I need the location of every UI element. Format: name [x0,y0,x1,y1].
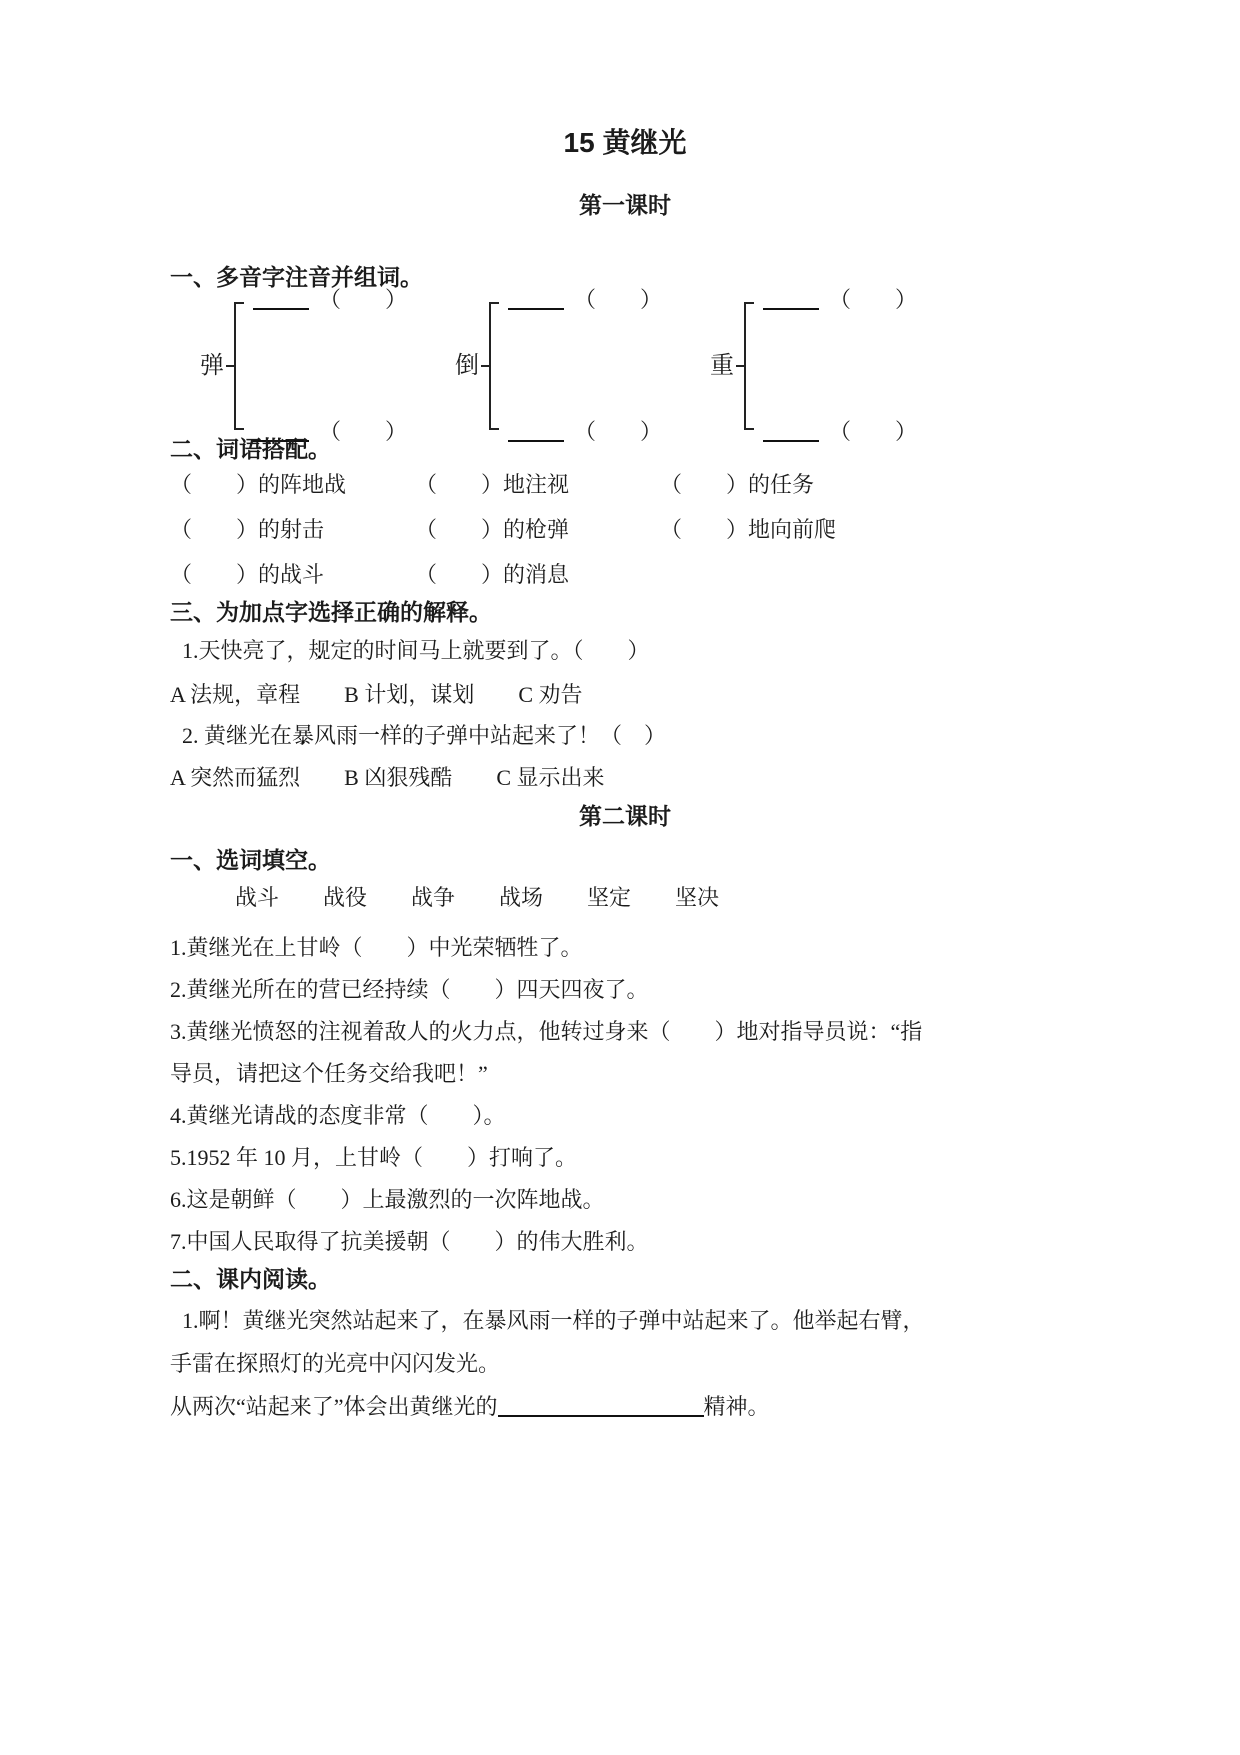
bracket-tick [736,365,744,367]
question-1: 1.天快亮了，规定的时间马上就要到了。（ ） [170,638,1080,664]
reading-passage: 1.啊！黄继光突然站起来了，在暴风雨一样的子弹中站起来了。他举起右臂， 手雷在探… [170,1299,1080,1428]
fill-item-wrap: 导员，请把这个任务交给我吧！” [170,1053,1080,1095]
question-2: 2. 黄继光在暴风雨一样的子弹中站起来了！（ ） [170,723,1080,749]
worksheet-page: 15 黄继光 第一课时 一、多音字注音并组词。 弹 （ ） （ ） 倒 （ ） … [0,0,1240,1755]
word-paren-blank: （ ） [319,419,407,444]
passage-line: 手雷在探照灯的光亮中闪闪发光。 [170,1342,1080,1385]
pinyin-branch: （ ） [508,419,662,445]
polyphone-char: 弹 [200,352,224,380]
pinyin-branch: （ ） [253,287,407,313]
word-paren-blank: （ ） [574,287,662,312]
dotted-char: 规 [309,638,331,663]
match-cell: （ ）地注视 [415,472,660,498]
answer-blank-line [498,1415,704,1417]
dotted-char: 暴 [292,723,314,748]
word-paren-blank: （ ） [829,419,917,444]
word-bank: 战斗 战役 战争 战场 坚定 坚决 [170,885,1080,911]
fill-item: 1.黄继光在上甘岭（ ）中光荣牺牲了。 [170,927,1080,969]
match-cell: （ ）的消息 [415,562,660,588]
question-1-options: A 法规，章程 B 计划，谋划 C 劝告 [170,682,1080,708]
word-paren-blank: （ ） [574,419,662,444]
fill-item: 2.黄继光所在的营已经持续（ ）四天四夜了。 [170,969,1080,1011]
word-match-grid: （ ）的阵地战 （ ）地注视 （ ）的任务 （ ）的射击 （ ）的枪弹 （ ）地… [170,472,1080,588]
bracket-tick [481,365,489,367]
match-cell: （ ）地向前爬 [660,517,1080,543]
match-cell: （ ）的射击 [170,517,415,543]
pinyin-blank [253,308,309,310]
session2-heading: 第二课时 [170,801,1080,831]
fill-in-list: 1.黄继光在上甘岭（ ）中光荣牺牲了。 2.黄继光所在的营已经持续（ ）四天四夜… [170,927,1080,1263]
pinyin-branch: （ ） [763,287,917,313]
match-cell: （ ）的战斗 [170,562,415,588]
pinyin-branch: （ ） [763,419,917,445]
passage-question: 从两次“站起来了”体会出黄继光的精神。 [170,1385,1080,1428]
bracket-tick [226,365,234,367]
pinyin-blank [763,440,819,442]
page-title: 15 黄继光 [170,126,1080,160]
fill-item: 7.中国人民取得了抗美援朝（ ）的伟大胜利。 [170,1221,1080,1263]
section5-heading: 二、课内阅读。 [170,1264,1080,1294]
match-cell [660,562,1080,588]
passage-line: 1.啊！黄继光突然站起来了，在暴风雨一样的子弹中站起来了。他举起右臂， [170,1299,1080,1342]
fill-item: 4.黄继光请战的态度非常（ ）。 [170,1095,1080,1137]
match-cell: （ ）的阵地战 [170,472,415,498]
pinyin-blank [508,308,564,310]
word-paren-blank: （ ） [319,287,407,312]
bracket-shape [234,302,245,430]
section3-heading: 三、为加点字选择正确的解释。 [170,597,1080,627]
polyphone-group-dao: 倒 （ ） （ ） [455,287,662,445]
word-paren-blank: （ ） [829,287,917,312]
match-cell: （ ）的任务 [660,472,1080,498]
polyphone-char: 倒 [455,352,479,380]
bracket-shape [744,302,755,430]
section4-heading: 一、选词填空。 [170,845,1080,875]
match-cell: （ ）的枪弹 [415,517,660,543]
polyphone-diagram: 弹 （ ） （ ） 倒 （ ） （ ） 重 （ ） （ ） [200,300,1080,432]
polyphone-group-dan: 弹 （ ） （ ） [200,287,407,445]
polyphone-char: 重 [710,352,734,380]
fill-item: 6.这是朝鲜（ ）上最激烈的一次阵地战。 [170,1179,1080,1221]
pinyin-branch: （ ） [508,287,662,313]
pinyin-blank [763,308,819,310]
question-2-options: A 突然而猛烈 B 凶狠残酷 C 显示出来 [170,765,1080,791]
bracket-shape [489,302,500,430]
polyphone-group-zhong: 重 （ ） （ ） [710,287,917,445]
fill-item: 3.黄继光愤怒的注视着敌人的火力点，他转过身来（ ）地对指导员说：“指 [170,1011,1080,1053]
fill-item: 5.1952 年 10 月，上甘岭（ ）打响了。 [170,1137,1080,1179]
session1-heading: 第一课时 [170,190,1080,220]
pinyin-blank [508,440,564,442]
